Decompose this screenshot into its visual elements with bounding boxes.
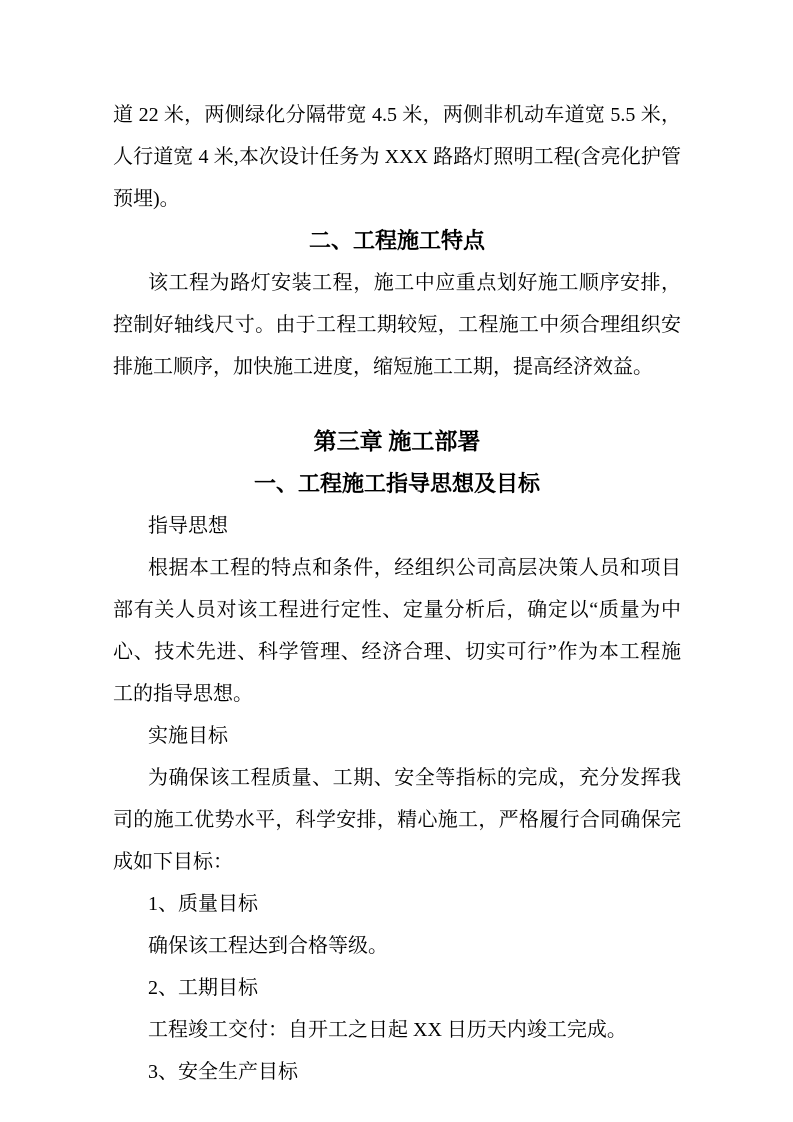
list-item-schedule-goal-heading: 2、工期目标 xyxy=(113,967,681,1009)
paragraph-construction-features: 该工程为路灯安装工程，施工中应重点划好施工顺序安排，控制好轴线尺寸。由于工程工期… xyxy=(113,262,681,388)
list-item-safety-goal-heading: 3、安全生产目标 xyxy=(113,1051,681,1093)
list-item-quality-goal-heading: 1、质量目标 xyxy=(113,883,681,925)
label-guiding-thought: 指导思想 xyxy=(113,505,681,547)
paragraph-road-dimensions-continuation: 道 22 米，两侧绿化分隔带宽 4.5 米，两侧非机动车道宽 5.5 米，人行道… xyxy=(113,94,681,220)
paragraph-quality-goal-text: 确保该工程达到合格等级。 xyxy=(113,925,681,967)
heading-chapter3-construction-deployment: 第三章 施工部署 xyxy=(113,421,681,463)
document-body: 道 22 米，两侧绿化分隔带宽 4.5 米，两侧非机动车道宽 5.5 米，人行道… xyxy=(113,94,681,1093)
paragraph-implementation-goal: 为确保该工程质量、工期、安全等指标的完成，充分发挥我司的施工优势水平，科学安排，… xyxy=(113,757,681,883)
heading-section2-construction-features: 二、工程施工特点 xyxy=(113,220,681,262)
label-implementation-goal: 实施目标 xyxy=(113,715,681,757)
paragraph-schedule-goal-text: 工程竣工交付：自开工之日起 XX 日历天内竣工完成。 xyxy=(113,1009,681,1051)
heading-section1-guiding-thought-and-goals: 一、工程施工指导思想及目标 xyxy=(113,463,681,505)
document-page: 道 22 米，两侧绿化分隔带宽 4.5 米，两侧非机动车道宽 5.5 米，人行道… xyxy=(0,0,793,1122)
paragraph-guiding-thought: 根据本工程的特点和条件，经组织公司高层决策人员和项目部有关人员对该工程进行定性、… xyxy=(113,547,681,715)
